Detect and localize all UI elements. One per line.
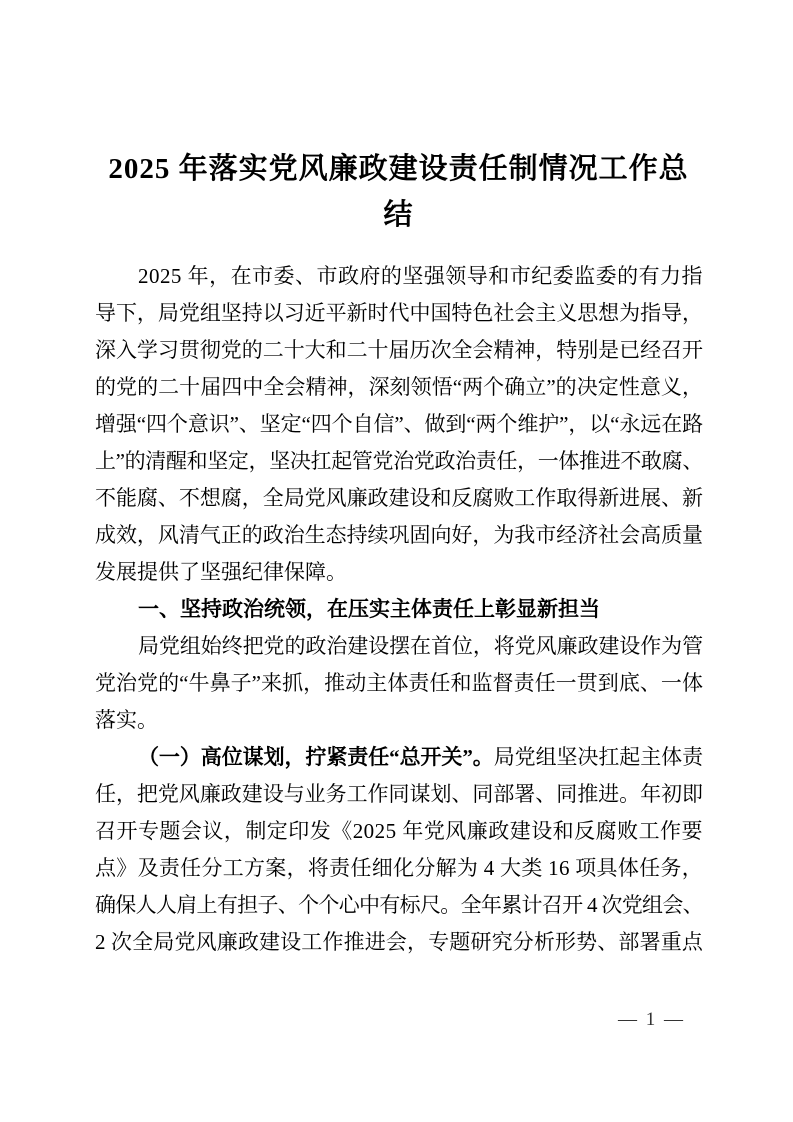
document-title-line1: 2025 年落实党风廉政建设责任制情况工作总 [82, 146, 715, 192]
text-line: 2 次全局党风廉政建设工作推进会，专题研究分析形势、部署重点 [95, 924, 703, 961]
document-page: 2025 年落实党风廉政建设责任制情况工作总 结 2025 年，在市委、市政府的… [0, 0, 793, 1122]
text-line: 导下，局党组坚持以习近平新时代中国特色社会主义思想为指导， [95, 295, 703, 332]
text-line: 上”的清醒和坚定，坚决扛起管党治党政治责任，一体推进不敢腐、 [95, 443, 703, 480]
subsection-lead: （一）高位谋划，拧紧责任“总开关”。 [138, 745, 494, 769]
text-line: 的党的二十届四中全会精神，深刻领悟“两个确立”的决定性意义， [95, 369, 703, 406]
text-line: 任，把党风廉政建设与业务工作同谋划、同部署、同推进。年初即 [95, 776, 703, 813]
section-heading: 一、坚持政治统领，在压实主体责任上彰显新担当 [95, 591, 703, 628]
page-number: — 1 — [618, 1008, 685, 1032]
text-line: （一）高位谋划，拧紧责任“总开关”。局党组坚决扛起主体责 [95, 739, 703, 776]
text-line: 点》及责任分工方案，将责任细化分解为 4 大类 16 项具体任务， [95, 850, 703, 887]
text-line: 局党组始终把党的政治建设摆在首位，将党风廉政建设作为管 [95, 628, 703, 665]
text-line: 落实。 [95, 702, 703, 739]
subsection-lead-rest: 局党组坚决扛起主体责 [494, 745, 703, 769]
text-line: 增强“四个意识”、坚定“四个自信”、做到“两个维护”，以“永远在路 [95, 406, 703, 443]
document-title-line2: 结 [82, 192, 715, 238]
text-line: 确保人人肩上有担子、个个心中有标尺。全年累计召开 4 次党组会、 [95, 887, 703, 924]
text-line: 不能腐、不想腐，全局党风廉政建设和反腐败工作取得新进展、新 [95, 480, 703, 517]
text-line: 成效，风清气正的政治生态持续巩固向好，为我市经济社会高质量 [95, 517, 703, 554]
text-line: 2025 年，在市委、市政府的坚强领导和市纪委监委的有力指 [95, 258, 703, 295]
document-title: 2025 年落实党风廉政建设责任制情况工作总 结 [82, 146, 715, 238]
document-body: 2025 年，在市委、市政府的坚强领导和市纪委监委的有力指 导下，局党组坚持以习… [95, 258, 703, 961]
text-line: 召开专题会议，制定印发《2025 年党风廉政建设和反腐败工作要 [95, 813, 703, 850]
text-line: 党治党的“牛鼻子”来抓，推动主体责任和监督责任一贯到底、一体 [95, 665, 703, 702]
text-line: 发展提供了坚强纪律保障。 [95, 554, 703, 591]
text-line: 深入学习贯彻党的二十大和二十届历次全会精神，特别是已经召开 [95, 332, 703, 369]
